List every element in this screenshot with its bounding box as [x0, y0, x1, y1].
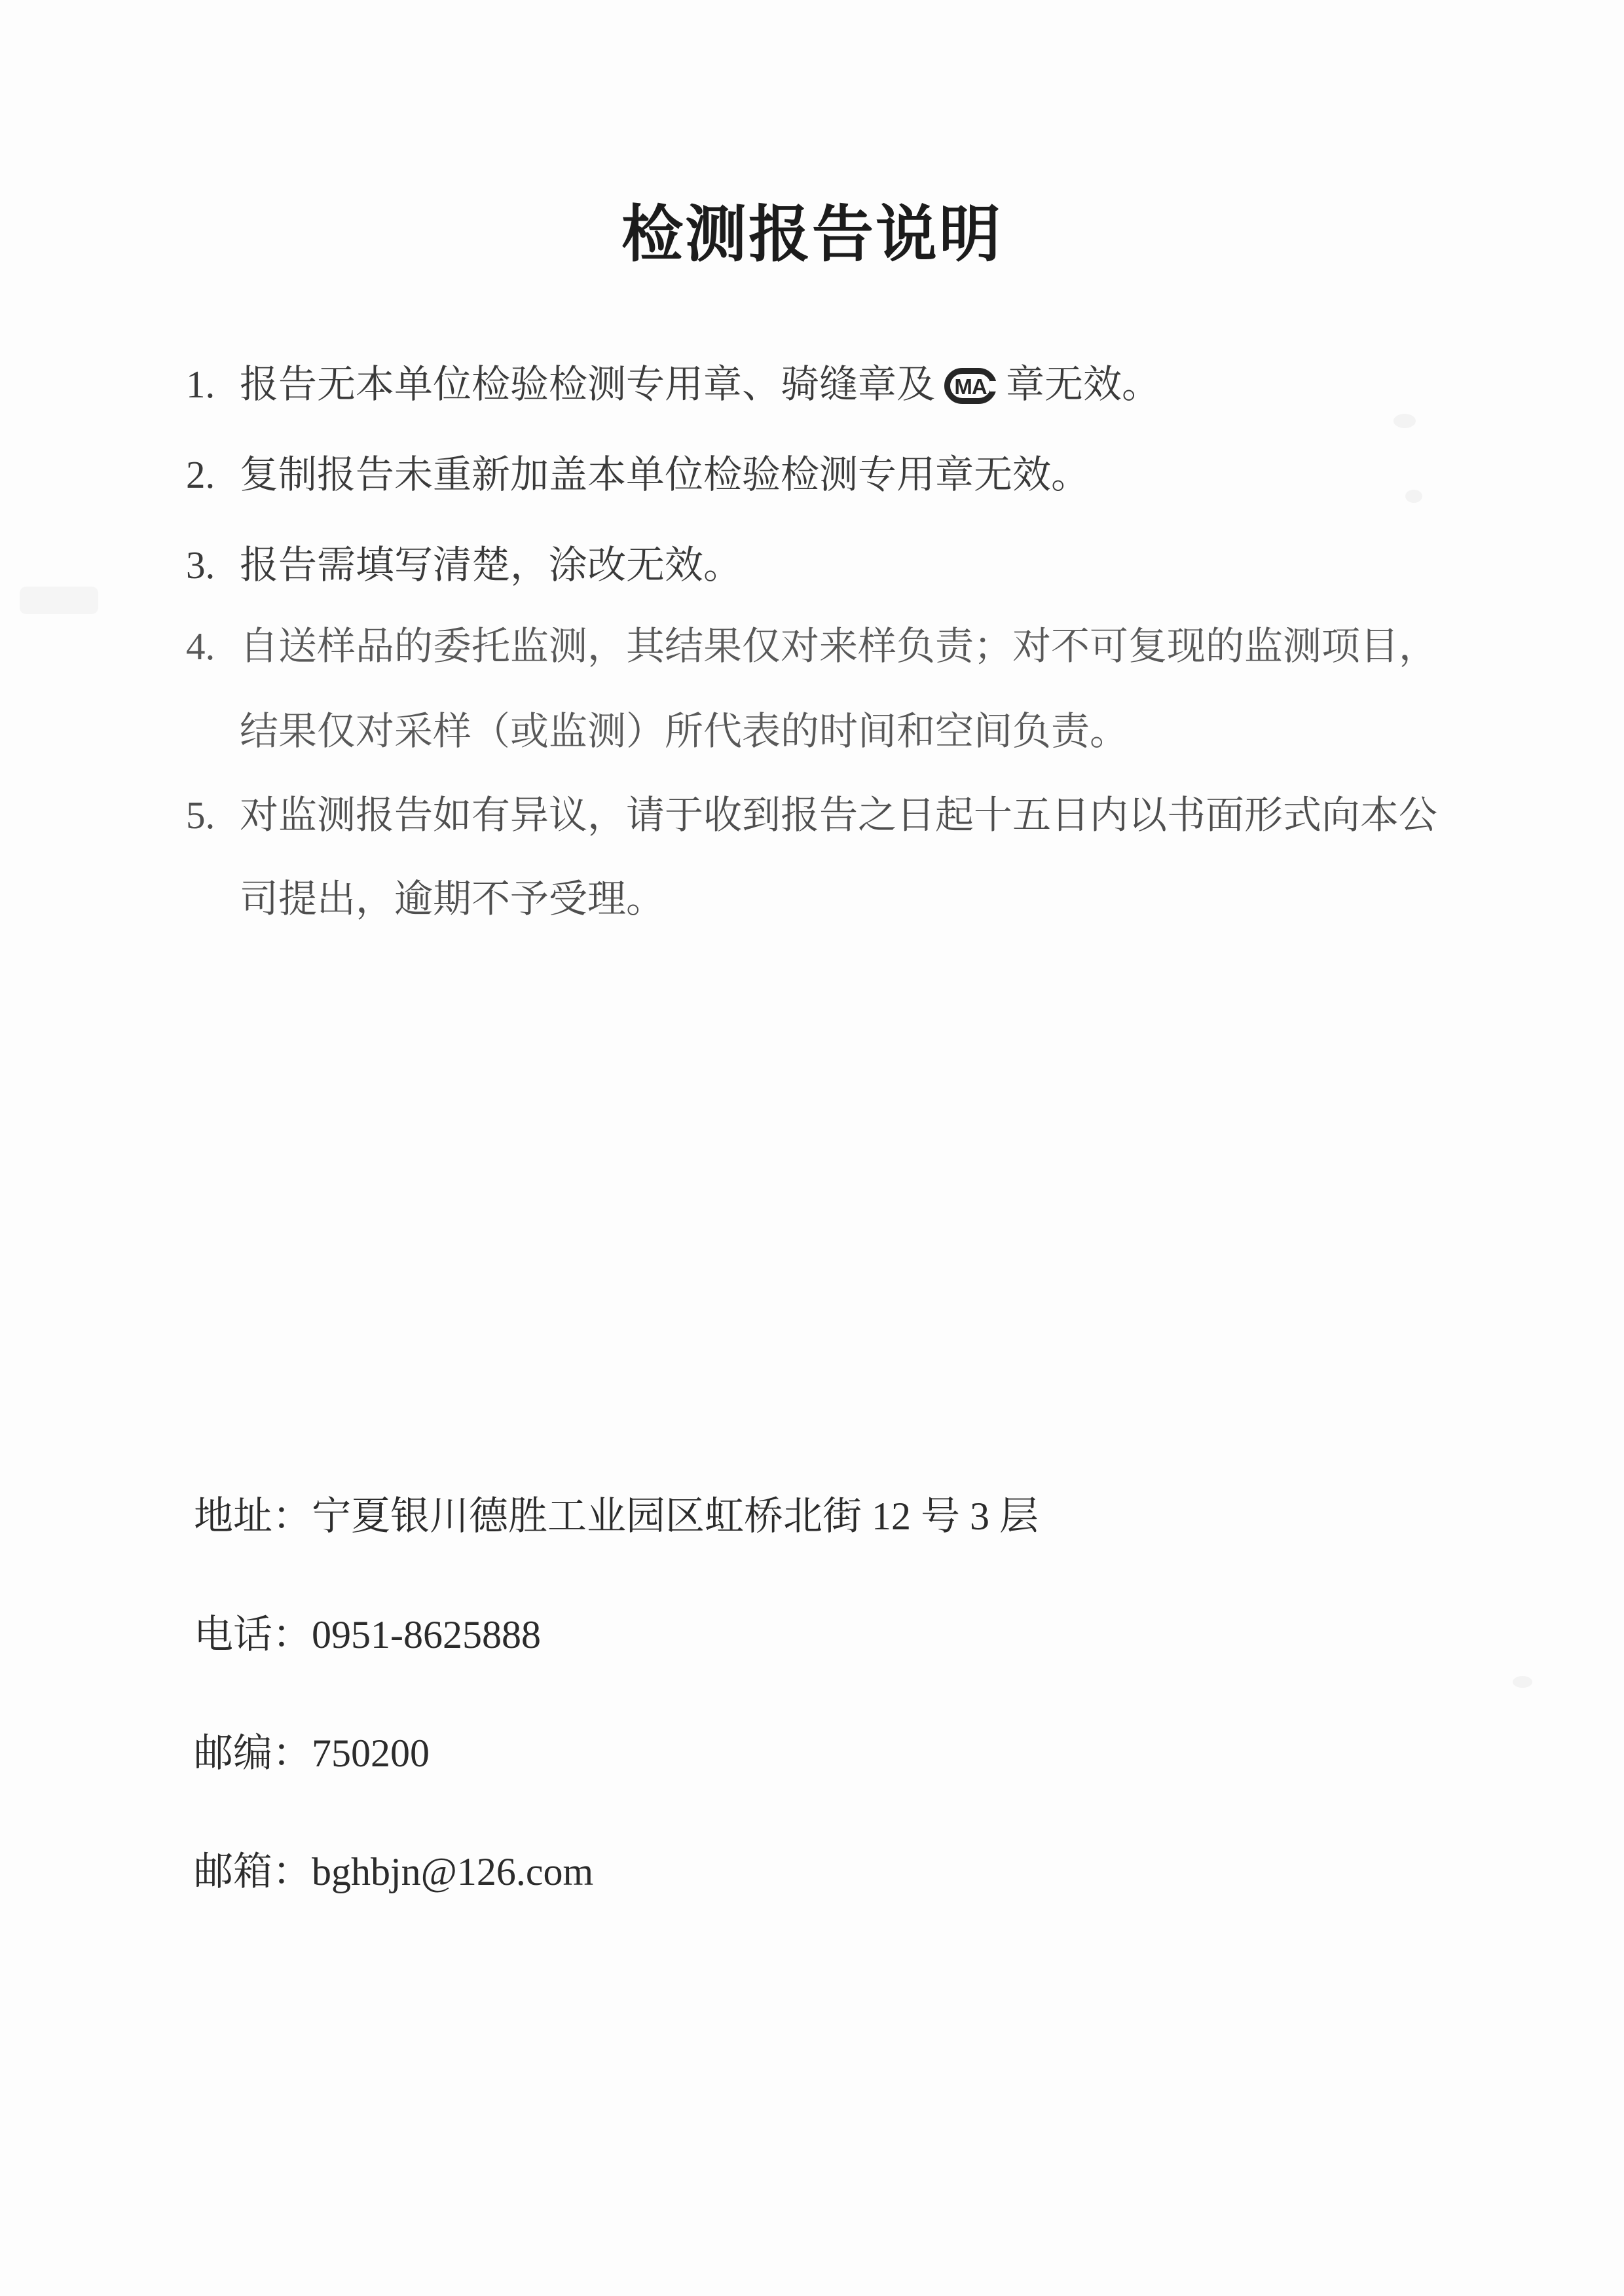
- note-2-text: 复制报告未重新加盖本单位检验检测专用章无效。: [240, 453, 1090, 496]
- report-notes-page: 检测报告说明 1.报告无本单位检验检测专用章、骑缝章及MA章无效。 2.复制报告…: [0, 0, 1624, 2296]
- scan-smudge: [20, 587, 98, 614]
- note-item-5-continuation: 司提出，逾期不予受理。: [240, 876, 665, 922]
- note-item-5: 5.对监测报告如有异议，请于收到报告之日起十五日内以书面形式向本公: [186, 792, 1437, 838]
- note-1-number: 1.: [186, 361, 240, 407]
- email-value: bghbjn@126.com: [312, 1850, 593, 1893]
- address-value: 宁夏银川德胜工业园区虹桥北街 12 号 3 层: [312, 1495, 1039, 1538]
- note-4-number: 4.: [186, 623, 240, 669]
- note-1-text-before-seal: 报告无本单位检验检测专用章、骑缝章及: [240, 363, 935, 406]
- phone-value: 0951-8625888: [312, 1613, 541, 1656]
- note-item-1: 1.报告无本单位检验检测专用章、骑缝章及MA章无效。: [186, 361, 1160, 407]
- phone-label: 电话：: [194, 1613, 312, 1656]
- contact-postal-line: 邮编：750200: [194, 1730, 430, 1777]
- note-3-number: 3.: [186, 542, 240, 588]
- postal-label: 邮编：: [194, 1732, 312, 1775]
- note-item-4-continuation: 结果仅对采样（或监测）所代表的时间和空间负责。: [240, 708, 1128, 754]
- note-5-number: 5.: [186, 792, 240, 838]
- note-item-4: 4.自送样品的委托监测，其结果仅对来样负责；对不可复现的监测项目，: [186, 623, 1437, 669]
- note-4-text-line1: 自送样品的委托监测，其结果仅对来样负责；对不可复现的监测项目，: [240, 625, 1437, 668]
- note-item-2: 2.复制报告未重新加盖本单位检验检测专用章无效。: [186, 452, 1090, 498]
- page-title: 检测报告说明: [0, 185, 1624, 273]
- note-5-text-line2: 司提出，逾期不予受理。: [240, 877, 665, 920]
- scan-smudge: [1405, 490, 1422, 503]
- note-5-text-line1: 对监测报告如有异议，请于收到报告之日起十五日内以书面形式向本公: [240, 793, 1437, 837]
- contact-address-line: 地址：宁夏银川德胜工业园区虹桥北街 12 号 3 层: [194, 1493, 1039, 1540]
- note-4-text-line2: 结果仅对采样（或监测）所代表的时间和空间负责。: [240, 710, 1128, 753]
- scan-smudge: [1393, 414, 1416, 428]
- note-3-text: 报告需填写清楚，涂改无效。: [240, 543, 742, 587]
- cma-seal-icon: MA: [944, 368, 997, 404]
- note-2-number: 2.: [186, 452, 240, 498]
- postal-value: 750200: [312, 1732, 430, 1775]
- note-1-text-after-seal: 章无效。: [1006, 363, 1160, 406]
- email-label: 邮箱：: [194, 1850, 312, 1893]
- contact-email-line: 邮箱：bghbjn@126.com: [194, 1848, 593, 1895]
- note-item-3: 3.报告需填写清楚，涂改无效。: [186, 542, 742, 588]
- scan-smudge: [1513, 1676, 1532, 1688]
- contact-phone-line: 电话：0951-8625888: [194, 1611, 541, 1658]
- cma-seal-letters: MA: [944, 368, 997, 404]
- address-label: 地址：: [194, 1495, 312, 1538]
